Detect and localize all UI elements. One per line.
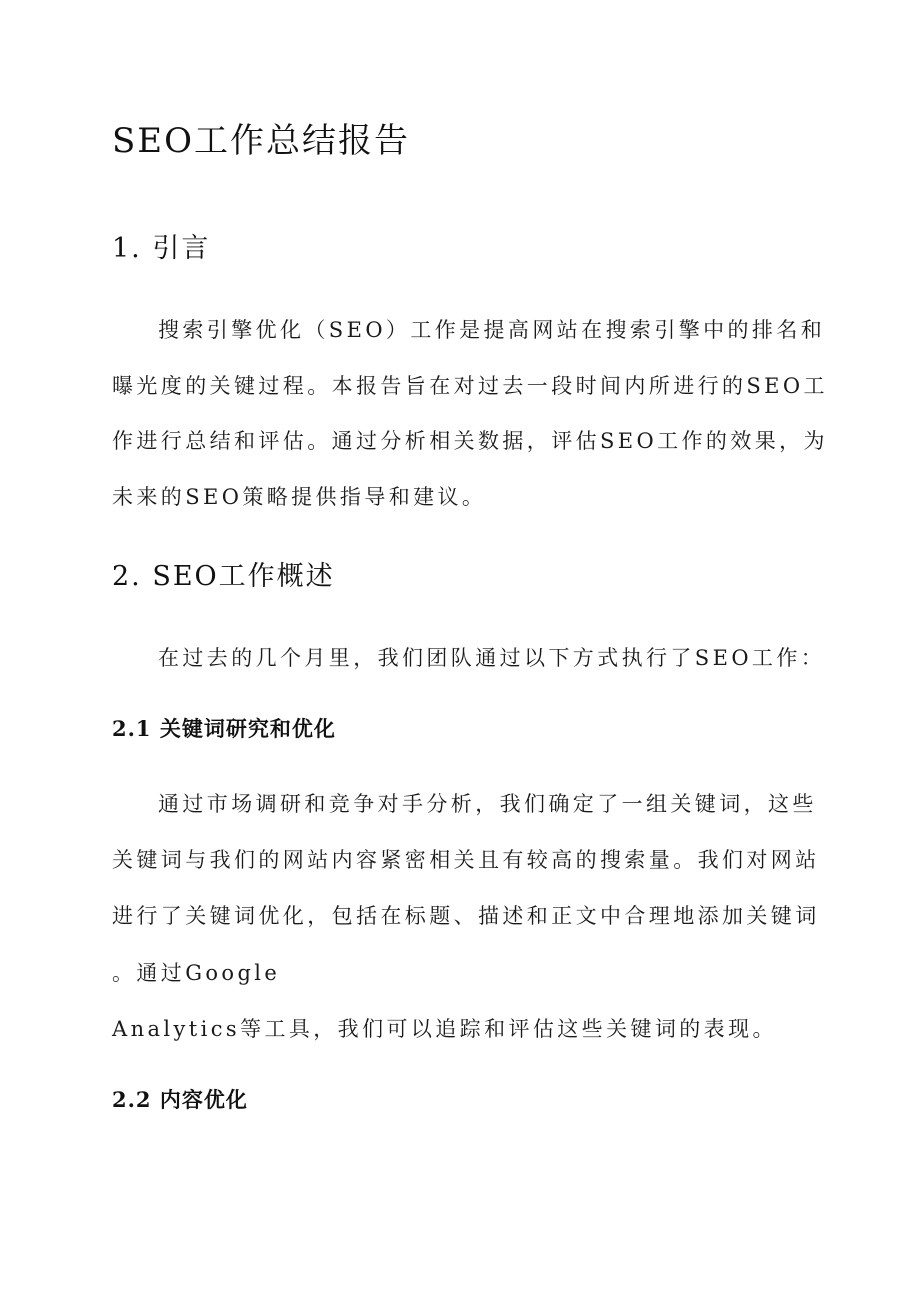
subsection-heading-content: 2.2 内容优化: [112, 1084, 248, 1114]
paragraph-line: 。通过Google: [112, 957, 280, 987]
section-heading-overview: 2. SEO工作概述: [112, 554, 335, 593]
paragraph-line: 未来的SEO策略提供指导和建议。: [112, 481, 486, 511]
section-heading-introduction: 1. 引言: [112, 226, 210, 265]
paragraph-line: Analytics等工具，我们可以追踪和评估这些关键词的表现。: [112, 1013, 777, 1043]
paragraph-line: 搜索引擎优化（SEO）工作是提高网站在搜索引擎中的排名和: [158, 314, 825, 344]
paragraph-line: 关键词与我们的网站内容紧密相关且有较高的搜索量。我们对网站: [112, 844, 820, 874]
paragraph-line: 进行了关键词优化，包括在标题、描述和正文中合理地添加关键词: [112, 900, 820, 930]
paragraph-line: 作进行总结和评估。通过分析相关数据，评估SEO工作的效果，为: [112, 425, 828, 455]
subsection-heading-keywords: 2.1 关键词研究和优化: [112, 713, 336, 743]
paragraph-line: 通过市场调研和竞争对手分析，我们确定了一组关键词，这些: [158, 788, 817, 818]
document-title: SEO工作总结报告: [112, 113, 410, 162]
paragraph-line: 曝光度的关键过程。本报告旨在对过去一段时间内所进行的SEO工: [112, 370, 828, 400]
document-page: SEO工作总结报告 1. 引言 搜索引擎优化（SEO）工作是提高网站在搜索引擎中…: [0, 0, 921, 1302]
paragraph-line: 在过去的几个月里，我们团队通过以下方式执行了SEO工作：: [158, 642, 825, 672]
